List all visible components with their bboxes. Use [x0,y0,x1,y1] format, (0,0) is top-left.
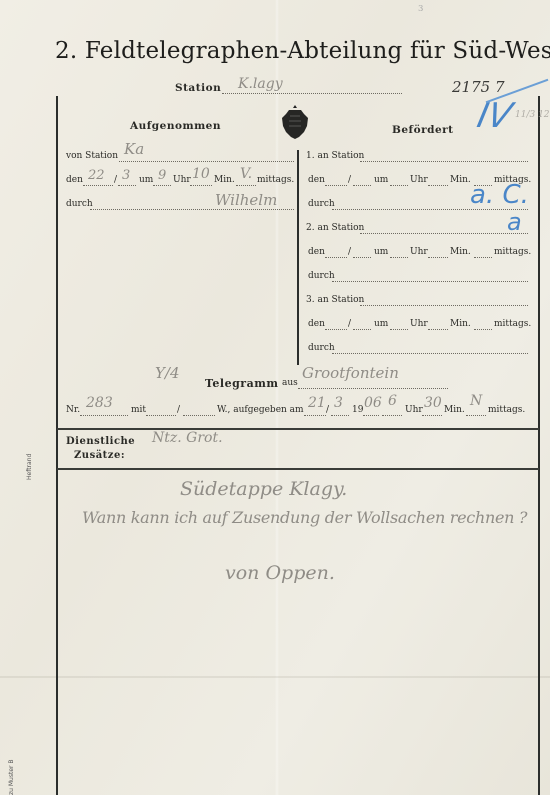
befoerdert-day-field[interactable] [325,185,347,186]
um-label: um [139,175,153,185]
minute-value: 10 [192,166,210,182]
an-station-field[interactable] [360,161,528,162]
befoerdert-min-label: Min. [450,175,471,185]
date-separator: / [326,405,329,415]
serial-number: 2175 7 [452,78,505,96]
befoerdert-um-label: um [374,247,388,257]
aus-dotted-line [298,388,448,389]
date-month-value: 3 [334,395,343,411]
station-label: Station [175,82,221,94]
separator-top [57,428,539,430]
date-separator: / [348,175,351,185]
message-line1: Südetappe Klagy. [180,478,347,500]
pencil-note: 11/3 12 [515,110,550,120]
mit-dotted-line [146,415,176,416]
befoerdert-minute-field[interactable] [428,185,448,186]
telegramm-label: Telegramm [205,377,279,390]
month-value: 3 [122,168,130,183]
befoerdert-month-field[interactable] [353,185,371,186]
befoerdert-month-field[interactable] [353,257,371,258]
befoerdert-ampm-field[interactable] [474,329,492,330]
telegramm-ampm-dotted-line [466,415,486,416]
nr-value: 283 [86,395,113,411]
hour-dotted-line-2 [382,415,402,416]
telegramm-ampm-value: N [470,393,482,409]
words-dotted-line [183,415,215,416]
befoerdert-ampm-field[interactable] [474,257,492,258]
ampm-dotted-line [236,185,256,186]
befoerdert-day-field[interactable] [325,257,347,258]
day-dotted-line [83,185,113,186]
aus-label: aus [282,378,298,388]
aufgegeben-label: W., aufgegeben am [217,405,304,415]
an-station-label: 3. an Station [306,295,364,305]
blue-initials-2: a [507,208,522,236]
befoerdert-mittags-label: mittags. [494,319,531,329]
message-line3: von Oppen. [225,562,335,584]
date-day-dotted-line [304,415,326,416]
mit-label: mit [131,405,146,415]
year-suffix-value: 06 [364,395,382,411]
befoerdert-durch-label: durch [308,199,335,209]
befoerdert-mittags-label: mittags. [494,247,531,257]
page-number-mark: 3 [418,4,423,14]
befoerdert-durch-label: durch [308,271,335,281]
befoerdert-minute-field[interactable] [428,329,448,330]
befoerdert-ampm-field[interactable] [474,185,492,186]
ampm-value: V. [240,166,252,182]
date-month-dotted-line [331,415,349,416]
befoerdert-hour-field[interactable] [390,185,408,186]
von-station-value: Ka [124,140,144,158]
befoerdert-den-label: den [308,247,325,257]
station-dotted-line [222,93,402,94]
befoerdert-durch-label: durch [308,343,335,353]
befoerdert-durch-field[interactable] [332,353,528,354]
imperial-eagle-icon [280,104,310,140]
befoerdert-min-label: Min. [450,319,471,329]
hour-value: 9 [158,168,166,183]
min-label: Min. [214,175,235,185]
befoerdert-min-label: Min. [450,247,471,257]
nr-dotted-line [80,415,128,416]
station-value: K.lagy [238,76,283,92]
frame-right-border [538,96,540,795]
minute-dotted-line [190,185,212,186]
frame-left-border [56,96,58,795]
an-station-label: 2. an Station [306,223,364,233]
dienstliche-label-line1: Dienstliche [66,436,135,447]
von-station-label: von Station [66,151,118,161]
befoerdert-uhr-label: Uhr [410,247,428,257]
telegramm-prefix-value: Y/4 [155,364,180,382]
telegramm-minute-dotted-line [422,415,442,416]
telegramm-mittags-label: mittags. [488,405,525,415]
befoerdert-hour-field[interactable] [390,257,408,258]
telegramm-hour-value: 6 [388,393,397,409]
date-separator: / [348,319,351,329]
date-day-value: 21 [308,395,326,411]
befoerdert-day-field[interactable] [325,329,347,330]
telegramm-min-label: Min. [444,405,465,415]
befoerdert-minute-field[interactable] [428,257,448,258]
telegramm-minute-value: 30 [424,395,442,411]
befoerdert-um-label: um [374,175,388,185]
befoerdert-heading: Befördert [392,124,454,136]
befoerdert-um-label: um [374,319,388,329]
befoerdert-durch-field[interactable] [332,209,528,210]
von-station-dotted-line [119,161,294,162]
befoerdert-uhr-label: Uhr [410,175,428,185]
hour-dotted-line [153,185,171,186]
an-station-field[interactable] [360,233,528,234]
words-separator: / [177,405,180,415]
befoerdert-uhr-label: Uhr [410,319,428,329]
dienstliche-label-line2: Zusätze: [74,450,125,461]
durch-value: Wilhelm [215,191,277,209]
aufgenommen-heading: Aufgenommen [130,120,221,132]
uhr-label: Uhr [173,175,191,185]
year-dotted-line [363,415,379,416]
nr-label: Nr. [66,405,80,415]
margin-text-muster: zu Muster B [8,760,15,795]
form-title: 2. Feldtelegraphen-Abteilung für Süd-Wes… [55,38,550,64]
dienstliche-value: Ntz. Grot. [152,430,223,446]
durch-label: durch [66,199,93,209]
befoerdert-month-field[interactable] [353,329,371,330]
paper-background [0,0,550,795]
aus-value: Grootfontein [302,364,399,382]
befoerdert-left-border [297,150,299,365]
telegramm-uhr-label: Uhr [405,405,423,415]
befoerdert-durch-field[interactable] [332,281,528,282]
befoerdert-den-label: den [308,175,325,185]
den-label: den [66,175,83,185]
befoerdert-den-label: den [308,319,325,329]
month-dotted-line [118,185,136,186]
day-value: 22 [88,168,105,183]
message-line2: Wann kann ich auf Zusendung der Wollsach… [82,508,527,527]
separator-bottom [57,468,539,470]
an-station-field[interactable] [360,305,528,306]
durch-dotted-line [90,209,294,210]
margin-text-heftrand: Heftrand [26,454,33,480]
befoerdert-hour-field[interactable] [390,329,408,330]
year-prefix: 19 [352,405,363,415]
mittags-label: mittags. [257,175,294,185]
date-separator: / [348,247,351,257]
befoerdert-mittags-label: mittags. [494,175,531,185]
an-station-label: 1. an Station [306,151,364,161]
